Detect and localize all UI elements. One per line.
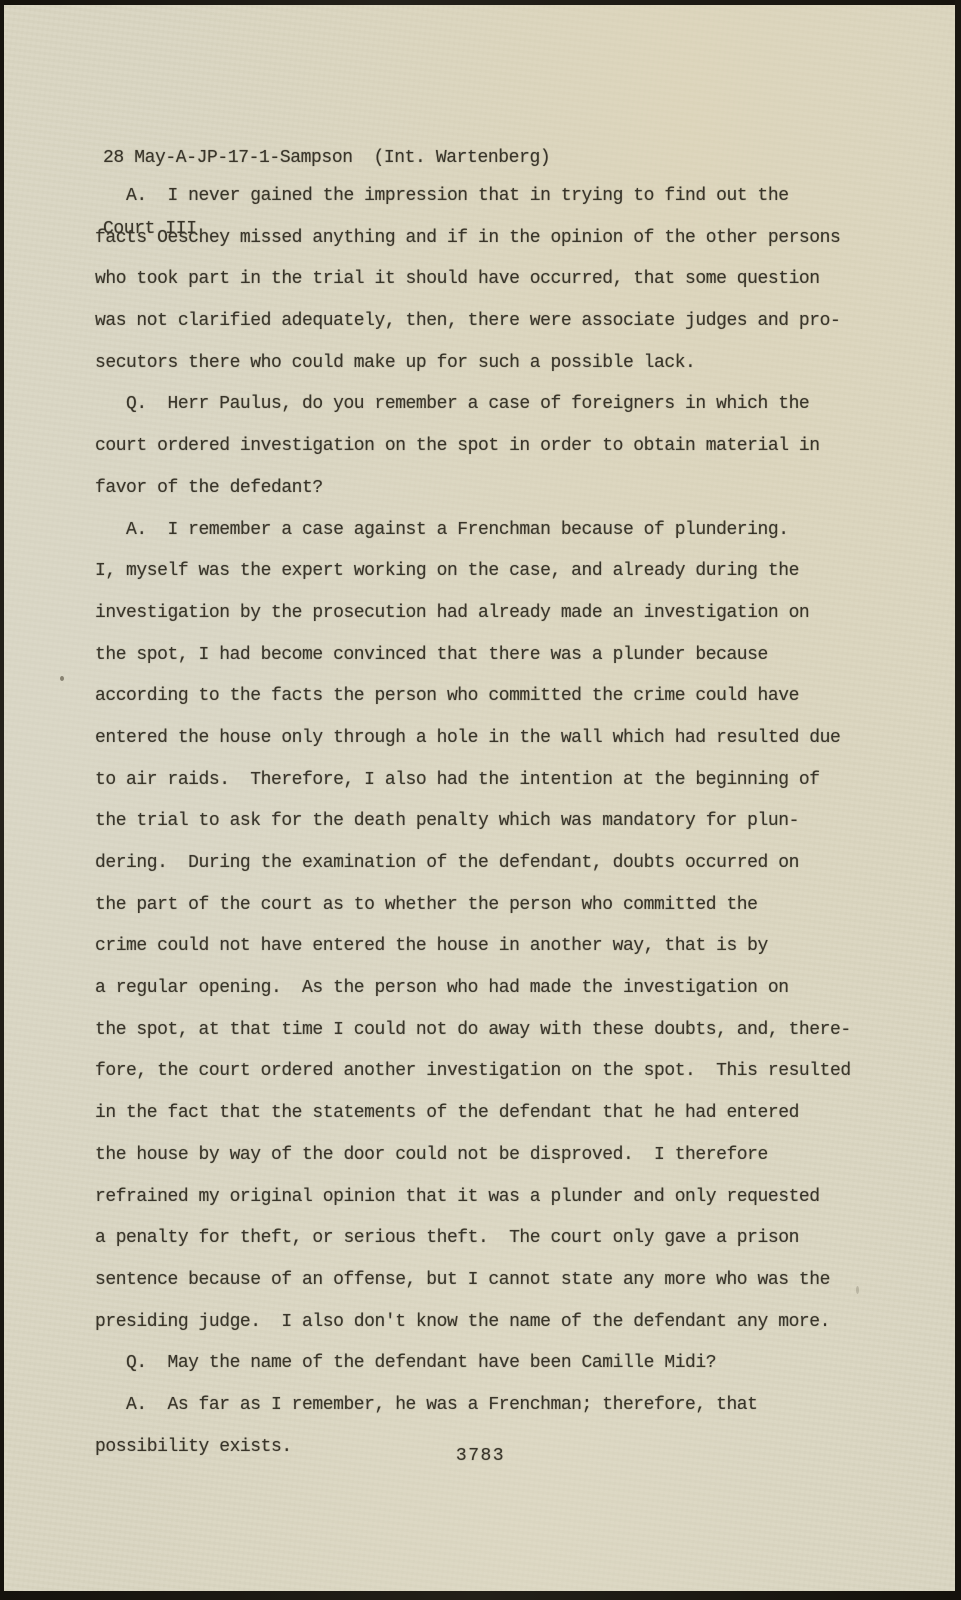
transcript-line: the trial to ask for the death penalty w…: [95, 801, 851, 843]
transcript-line: facts Oeschey missed anything and if in …: [95, 218, 851, 260]
transcript-line: I, myself was the expert working on the …: [95, 551, 851, 593]
transcript-line: refrained my original opinion that it wa…: [95, 1177, 851, 1219]
transcript-line: A. As far as I remember, he was a French…: [95, 1385, 851, 1427]
transcript-body: A. I never gained the impression that in…: [95, 176, 851, 1468]
transcript-line: investigation by the prosecution had alr…: [95, 593, 851, 635]
transcript-line: a penalty for theft, or serious theft. T…: [95, 1218, 851, 1260]
transcript-line: according to the facts the person who co…: [95, 676, 851, 718]
page-number: 3783: [0, 1444, 961, 1468]
transcript-line: presiding judge. I also don't know the n…: [95, 1302, 851, 1344]
scan-edge-right: [955, 0, 961, 1600]
scan-speck: [856, 1286, 859, 1294]
transcript-line: entered the house only through a hole in…: [95, 718, 851, 760]
transcript-line: the house by way of the door could not b…: [95, 1135, 851, 1177]
transcript-line: A. I remember a case against a Frenchman…: [95, 510, 851, 552]
transcript-line: fore, the court ordered another investig…: [95, 1051, 851, 1093]
transcript-line: to air raids. Therefore, I also had the …: [95, 760, 851, 802]
transcript-line: A. I never gained the impression that in…: [95, 176, 851, 218]
transcript-line: the part of the court as to whether the …: [95, 885, 851, 927]
scan-speck: [60, 676, 64, 681]
transcript-line: secutors there who could make up for suc…: [95, 343, 851, 385]
transcript-line: the spot, at that time I could not do aw…: [95, 1010, 851, 1052]
transcript-line: crime could not have entered the house i…: [95, 926, 851, 968]
transcript-line: a regular opening. As the person who had…: [95, 968, 851, 1010]
transcript-line: who took part in the trial it should hav…: [95, 259, 851, 301]
scan-edge-bottom: [0, 1591, 961, 1600]
transcript-line: Q. May the name of the defendant have be…: [95, 1343, 851, 1385]
transcript-line: the spot, I had become convinced that th…: [95, 635, 851, 677]
transcript-line: dering. During the examination of the de…: [95, 843, 851, 885]
transcript-line: favor of the defedant?: [95, 468, 851, 510]
transcript-line: court ordered investigation on the spot …: [95, 426, 851, 468]
transcript-line: Q. Herr Paulus, do you remember a case o…: [95, 384, 851, 426]
transcript-line: sentence because of an offense, but I ca…: [95, 1260, 851, 1302]
transcript-line: was not clarified adequately, then, ther…: [95, 301, 851, 343]
scan-edge-left: [0, 0, 4, 1600]
header-case-line: 28 May-A-JP-17-1-Sampson (Int. Wartenber…: [103, 147, 550, 171]
scanned-transcript-page: 28 May-A-JP-17-1-Sampson (Int. Wartenber…: [0, 0, 961, 1600]
scan-edge-top: [0, 0, 961, 5]
transcript-line: in the fact that the statements of the d…: [95, 1093, 851, 1135]
